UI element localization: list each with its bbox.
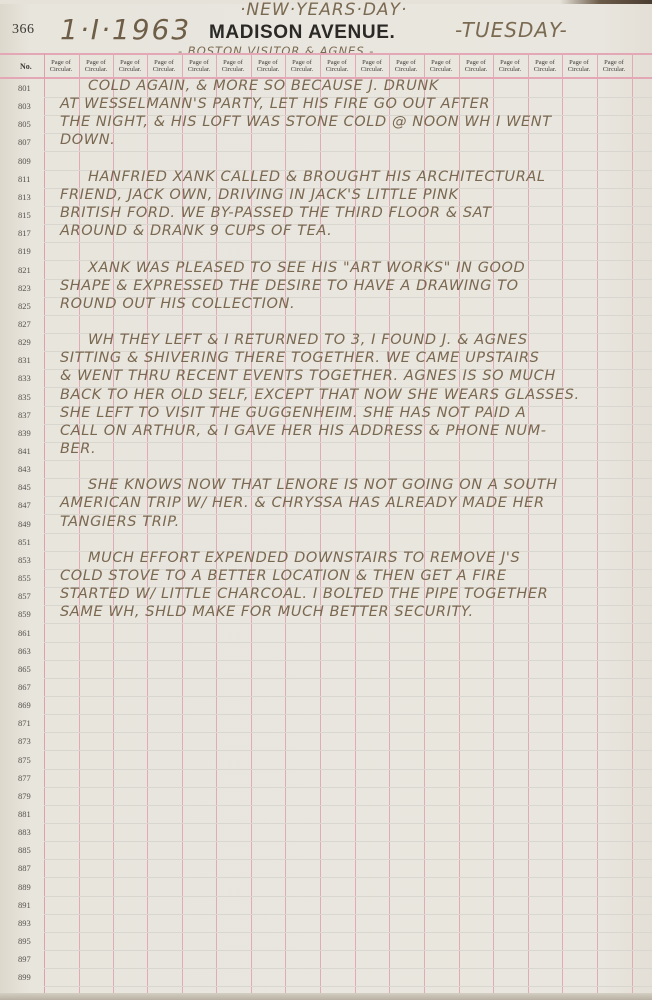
row-rule (44, 841, 652, 842)
column-rule (44, 53, 45, 1000)
row-rule (44, 623, 652, 624)
row-number: 885 (18, 845, 40, 855)
row-rule (44, 914, 652, 915)
handwritten-line: SITTING & SHIVERING THERE TOGETHER. WE C… (60, 350, 539, 366)
handwritten-line: HANFRIED XANK CALLED & BROUGHT HIS ARCHI… (88, 169, 546, 185)
row-number: 819 (18, 246, 40, 256)
row-rule (44, 896, 652, 897)
handwritten-line: TANGIERS TRIP. (60, 514, 180, 530)
column-header-page-of-circular: Page ofCircular. (252, 59, 284, 73)
row-number: 871 (18, 718, 40, 728)
column-header-page-of-circular: Page ofCircular. (286, 59, 318, 73)
column-header-page-of-circular: Page ofCircular. (80, 59, 112, 73)
column-rule (459, 53, 460, 1000)
row-rule (44, 877, 652, 878)
handwritten-line: SHE KNOWS NOW THAT LENORE IS NOT GOING O… (88, 477, 558, 493)
row-number: 817 (18, 228, 40, 238)
handwritten-line: WH THEY LEFT & I RETURNED TO 3, I FOUND … (88, 332, 528, 348)
row-number: 823 (18, 283, 40, 293)
handwritten-line: SHE LEFT TO VISIT THE GUGGENHEIM. SHE HA… (60, 405, 526, 421)
row-rule (44, 787, 652, 788)
row-number: 845 (18, 482, 40, 492)
row-number: 825 (18, 301, 40, 311)
row-rule (44, 533, 652, 534)
page-bottom-edge (0, 993, 652, 1000)
column-header-page-of-circular: Page ofCircular. (148, 59, 180, 73)
handwritten-line: CALL ON ARTHUR, & I GAVE HER HIS ADDRESS… (60, 423, 547, 439)
row-rule (44, 714, 652, 715)
row-rule (44, 696, 652, 697)
row-rule (44, 769, 652, 770)
handwritten-line: & WENT THRU RECENT EVENTS TOGETHER. AGNE… (60, 368, 556, 384)
column-rule (562, 53, 563, 1000)
row-rule (44, 950, 652, 951)
row-rule (44, 660, 652, 661)
row-number: 829 (18, 337, 40, 347)
column-header-page-of-circular: Page ofCircular. (529, 59, 561, 73)
handwritten-line: COLD STOVE TO A BETTER LOCATION & THEN G… (60, 568, 507, 584)
row-number: 861 (18, 628, 40, 638)
row-number: 873 (18, 736, 40, 746)
row-number: 863 (18, 646, 40, 656)
row-rule (44, 750, 652, 751)
row-number: 843 (18, 464, 40, 474)
row-number: 813 (18, 192, 40, 202)
handwritten-subtitle: - BOSTON VISITOR & AGNES - (178, 44, 374, 58)
row-rule (44, 859, 652, 860)
row-rule (44, 732, 652, 733)
row-number: 833 (18, 373, 40, 383)
column-header-page-of-circular: Page ofCircular. (494, 59, 526, 73)
row-rule (44, 642, 652, 643)
row-number: 855 (18, 573, 40, 583)
row-number: 881 (18, 809, 40, 819)
row-number: 811 (18, 174, 40, 184)
column-rule (597, 53, 598, 1000)
row-number: 815 (18, 210, 40, 220)
column-header-page-of-circular: Page ofCircular. (460, 59, 492, 73)
column-header-page-of-circular: Page ofCircular. (45, 59, 77, 73)
row-number: 883 (18, 827, 40, 837)
row-number: 807 (18, 137, 40, 147)
row-number: 827 (18, 319, 40, 329)
column-header-page-of-circular: Page ofCircular. (598, 59, 630, 73)
row-rule (44, 242, 652, 243)
handwritten-line: AT WESSELMANN'S PARTY, LET HIS FIRE GO O… (60, 96, 490, 112)
row-rule (44, 315, 652, 316)
row-rule (44, 823, 652, 824)
row-number: 893 (18, 918, 40, 928)
row-rule (44, 151, 652, 152)
handwritten-line: STARTED W/ LITTLE CHARCOAL. I BOLTED THE… (60, 586, 548, 602)
handwritten-line: BACK TO HER OLD SELF, EXCEPT THAT NOW SH… (60, 387, 580, 403)
row-number: 875 (18, 755, 40, 765)
row-rule (44, 442, 652, 443)
handwritten-line: THE NIGHT, & HIS LOFT WAS STONE COLD @ N… (60, 114, 552, 130)
row-number: 841 (18, 446, 40, 456)
header-rule-top (0, 53, 652, 55)
column-header-no: No. (20, 62, 32, 71)
row-number: 865 (18, 664, 40, 674)
row-number: 887 (18, 863, 40, 873)
handwritten-weekday: -TUESDAY- (455, 18, 568, 42)
handwritten-line: FRIEND, JACK OWN, DRIVING IN JACK'S LITT… (60, 187, 459, 203)
column-header-page-of-circular: Page ofCircular. (114, 59, 146, 73)
handwritten-line: MUCH EFFORT EXPENDED DOWNSTAIRS TO REMOV… (88, 550, 520, 566)
handwritten-line: SAME WH, SHLD MAKE FOR MUCH BETTER SECUR… (60, 604, 474, 620)
row-number: 891 (18, 900, 40, 910)
row-number: 859 (18, 609, 40, 619)
row-number: 803 (18, 101, 40, 111)
column-header-page-of-circular: Page ofCircular. (217, 59, 249, 73)
row-number: 895 (18, 936, 40, 946)
handwritten-line: BRITISH FORD. WE BY-PASSED THE THIRD FLO… (60, 205, 492, 221)
row-rule (44, 932, 652, 933)
row-number: 839 (18, 428, 40, 438)
row-number: 801 (18, 83, 40, 93)
row-number: 853 (18, 555, 40, 565)
row-rule (44, 678, 652, 679)
row-number: 809 (18, 156, 40, 166)
handwritten-line: ROUND OUT HIS COLLECTION. (60, 296, 295, 312)
handwritten-line: DOWN. (60, 132, 115, 148)
row-number: 889 (18, 882, 40, 892)
row-rule (44, 133, 652, 134)
handwritten-date: 1·I·1963 (60, 13, 191, 46)
column-header-page-of-circular: Page ofCircular. (356, 59, 388, 73)
row-number: 847 (18, 500, 40, 510)
row-number: 851 (18, 537, 40, 547)
column-header-page-of-circular: Page ofCircular. (390, 59, 422, 73)
column-rule (493, 53, 494, 1000)
row-number: 835 (18, 392, 40, 402)
row-number: 821 (18, 265, 40, 275)
column-header-page-of-circular: Page ofCircular. (183, 59, 215, 73)
row-rule (44, 986, 652, 987)
column-header-page-of-circular: Page ofCircular. (321, 59, 353, 73)
row-rule (44, 805, 652, 806)
row-number: 849 (18, 519, 40, 529)
row-number: 857 (18, 591, 40, 601)
column-rule (632, 53, 633, 1000)
row-number: 879 (18, 791, 40, 801)
handwritten-line: SHAPE & EXPRESSED THE DESIRE TO HAVE A D… (60, 278, 519, 294)
row-number: 805 (18, 119, 40, 129)
row-number: 869 (18, 700, 40, 710)
handwritten-line: AROUND & DRANK 9 CUPS OF TEA. (60, 223, 332, 239)
ledger-page: 366 1·I·1963 ·NEW·YEARS·DAY· MADISON AVE… (0, 0, 652, 1000)
row-number: 897 (18, 954, 40, 964)
row-number: 831 (18, 355, 40, 365)
handwritten-line: COLD AGAIN, & MORE SO BECAUSE J. DRUNK (88, 78, 439, 94)
handwritten-holiday: ·NEW·YEARS·DAY· (240, 0, 407, 20)
handwritten-line: AMERICAN TRIP W/ HER. & CHRYSSA HAS ALRE… (60, 495, 545, 511)
row-number: 837 (18, 410, 40, 420)
column-header-page-of-circular: Page ofCircular. (563, 59, 595, 73)
row-rule (44, 968, 652, 969)
handwritten-line: BER. (60, 441, 96, 457)
page-number: 366 (12, 22, 35, 38)
column-rule (528, 53, 529, 1000)
row-rule (44, 460, 652, 461)
column-header-page-of-circular: Page ofCircular. (425, 59, 457, 73)
row-number: 899 (18, 972, 40, 982)
street-heading: MADISON AVENUE. (209, 22, 395, 44)
handwritten-line: XANK WAS PLEASED TO SEE HIS "ART WORKS" … (88, 260, 525, 276)
row-number: 877 (18, 773, 40, 783)
row-number: 867 (18, 682, 40, 692)
